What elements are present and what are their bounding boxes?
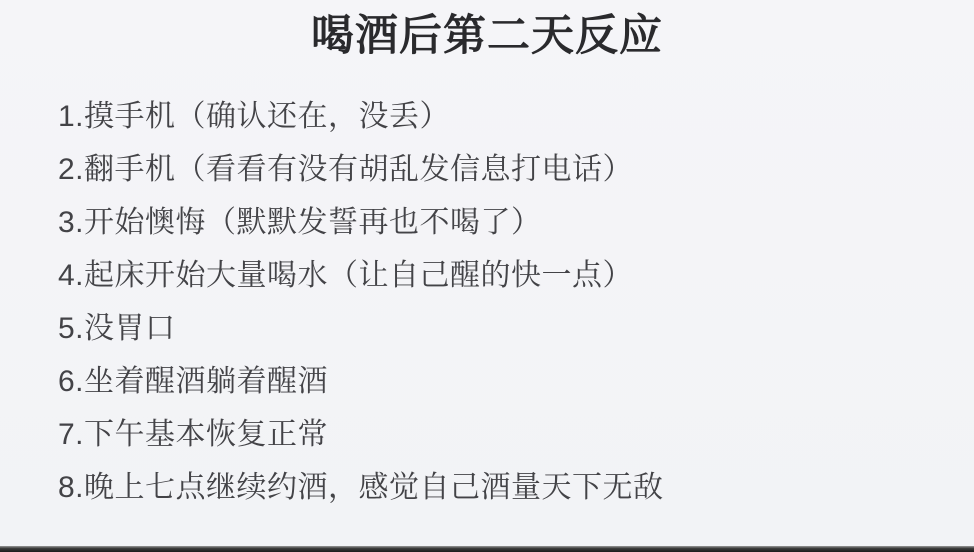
bottom-edge-strip [0, 546, 974, 552]
list-item: 5.没胃口 [58, 298, 974, 351]
reaction-list: 1.摸手机（确认还在，没丢） 2.翻手机（看看有没有胡乱发信息打电话） 3.开始… [58, 86, 974, 510]
list-item: 4.起床开始大量喝水（让自己醒的快一点） [58, 245, 974, 298]
list-item: 8.晚上七点继续约酒，感觉自己酒量天下无敌 [58, 457, 974, 510]
list-item: 3.开始懊悔（默默发誓再也不喝了） [58, 192, 974, 245]
list-item: 2.翻手机（看看有没有胡乱发信息打电话） [58, 139, 974, 192]
list-item: 7.下午基本恢复正常 [58, 404, 974, 457]
meme-text-page: 喝酒后第二天反应 1.摸手机（确认还在，没丢） 2.翻手机（看看有没有胡乱发信息… [0, 0, 974, 552]
page-title: 喝酒后第二天反应 [0, 0, 974, 62]
list-item: 1.摸手机（确认还在，没丢） [58, 86, 974, 139]
list-item: 6.坐着醒酒躺着醒酒 [58, 351, 974, 404]
